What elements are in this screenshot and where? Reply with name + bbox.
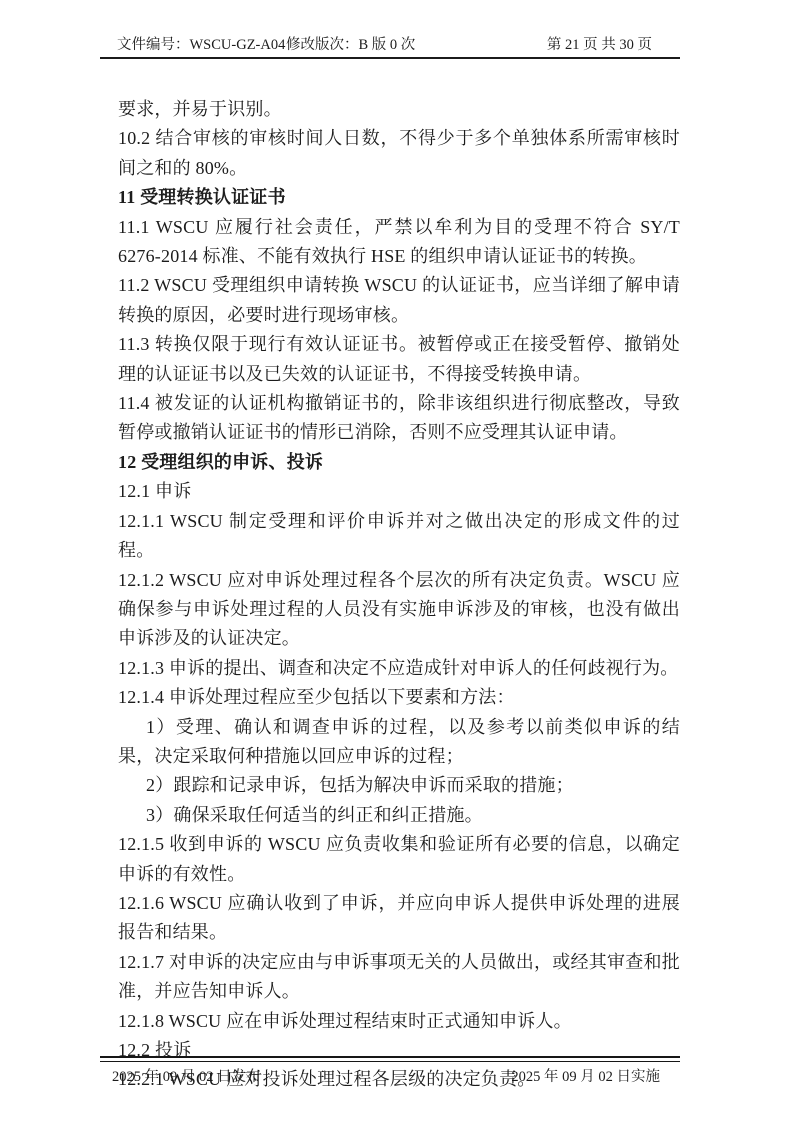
footer-divider [100, 1056, 680, 1062]
header-divider [100, 57, 680, 59]
footer-release-date: 2025 年 09 月 02 日发布 [112, 1068, 261, 1086]
paragraph: 12.1.8 WSCU 应在申诉处理过程结束时正式通知申诉人。 [118, 1007, 680, 1036]
list-item: 2）跟踪和记录申诉，包括为解决申诉而采取的措施； [118, 771, 680, 800]
header-page-info: 第 21 页 共 30 页 [547, 35, 652, 55]
paragraph: 12.1 申诉 [118, 477, 680, 506]
paragraph: 11.3 转换仅限于现行有效认证证书。被暂停或正在接受暂停、撤销处理的认证证书以… [118, 330, 680, 389]
paragraph: 12.1.7 对申诉的决定应由与申诉事项无关的人员做出，或经其审查和批准，并应告… [118, 948, 680, 1007]
section-heading: 11 受理转换认证证书 [118, 183, 680, 212]
header-revision: 修改版次：B 版 0 次 [286, 35, 415, 55]
document-page: 文件编号：WSCU-GZ-A04 修改版次：B 版 0 次 第 21 页 共 3… [0, 0, 794, 1123]
header-doc-number: 文件编号：WSCU-GZ-A04 [117, 35, 285, 55]
paragraph: 12.1.1 WSCU 制定受理和评价申诉并对之做出决定的形成文件的过程。 [118, 507, 680, 566]
paragraph: 11.2 WSCU 受理组织申请转换 WSCU 的认证证书，应当详细了解申请转换… [118, 271, 680, 330]
paragraph: 12.1.6 WSCU 应确认收到了申诉，并应向申诉人提供申诉处理的进展报告和结… [118, 889, 680, 948]
paragraph: 10.2 结合审核的审核时间人日数，不得少于多个单独体系所需审核时间之和的 80… [118, 124, 680, 183]
paragraph: 12.1.5 收到申诉的 WSCU 应负责收集和验证所有必要的信息，以确定申诉的… [118, 830, 680, 889]
list-item: 3）确保采取任何适当的纠正和纠正措施。 [118, 801, 680, 830]
section-heading: 12 受理组织的申诉、投诉 [118, 448, 680, 477]
paragraph: 12.1.4 申诉处理过程应至少包括以下要素和方法： [118, 683, 680, 712]
paragraph: 11.1 WSCU 应履行社会责任，严禁以牟利为目的受理不符合 SY/T 627… [118, 213, 680, 272]
paragraph: 12.1.2 WSCU 应对申诉处理过程各个层次的所有决定负责。WSCU 应确保… [118, 566, 680, 654]
paragraph: 要求，并易于识别。 [118, 95, 680, 124]
footer-implement-date: 2025 年 09 月 02 日实施 [511, 1068, 660, 1086]
paragraph: 12.1.3 申诉的提出、调查和决定不应造成针对申诉人的任何歧视行为。 [118, 654, 680, 683]
document-body: 要求，并易于识别。10.2 结合审核的审核时间人日数，不得少于多个单独体系所需审… [118, 95, 680, 1095]
page-header: 文件编号：WSCU-GZ-A04 修改版次：B 版 0 次 第 21 页 共 3… [100, 35, 680, 55]
page-footer: 2025 年 09 月 02 日发布 2025 年 09 月 02 日实施 [100, 1068, 680, 1086]
paragraph: 11.4 被发证的认证机构撤销证书的，除非该组织进行彻底整改，导致暂停或撤销认证… [118, 389, 680, 448]
list-item: 1）受理、确认和调查申诉的过程，以及参考以前类似申诉的结果，决定采取何种措施以回… [118, 713, 680, 772]
